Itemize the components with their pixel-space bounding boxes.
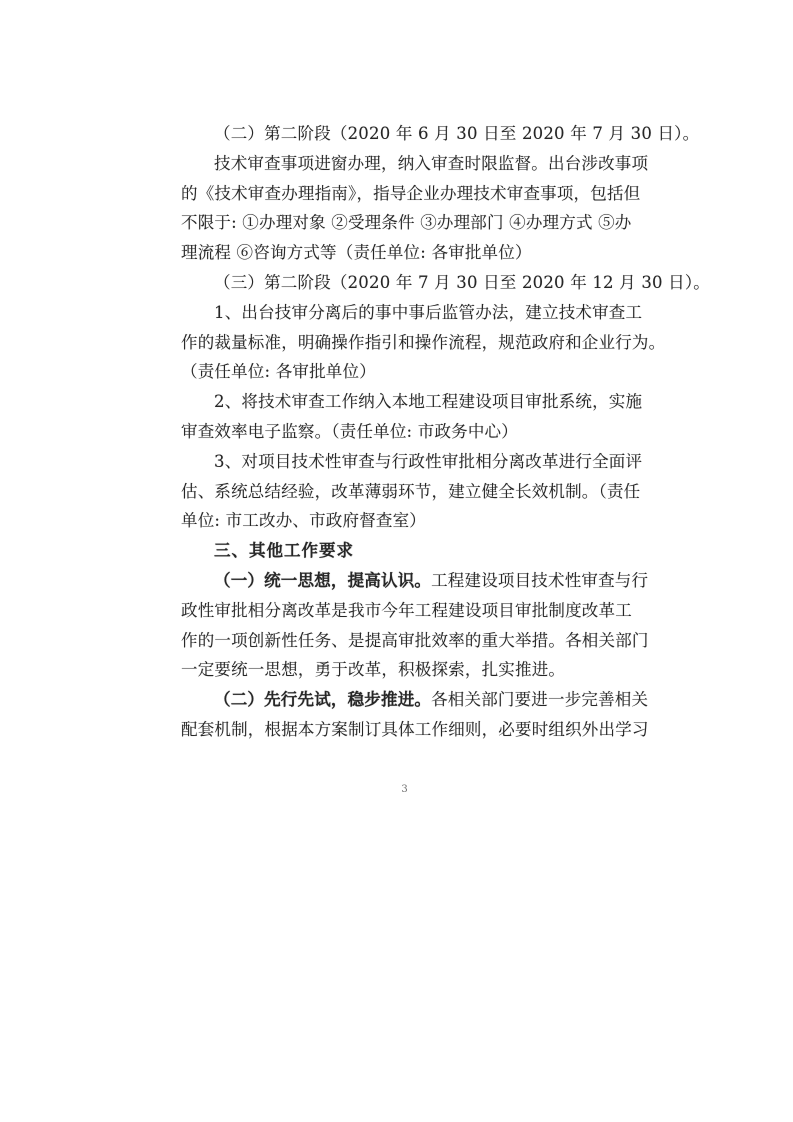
text-line: 1、出台技审分离后的事中事后监管办法，建立技术审查工 [181, 298, 631, 328]
text-segment: 作的裁量标准，明确操作指引和操作流程，规范政府和企业行为。 [181, 333, 665, 352]
page-number: 3 [181, 784, 628, 795]
text-segment: 各相关部门要进一步完善相关 [431, 690, 648, 709]
text-segment: 审查效率电子监察。（责任单位: 市政务中心） [181, 422, 518, 441]
document-page: （二）第二阶段（2020 年 6 月 30 日至 2020 年 7 月 30 日… [0, 0, 793, 1122]
text-line: （二）第二阶段（2020 年 6 月 30 日至 2020 年 7 月 30 日… [181, 119, 631, 149]
text-line: 3、对项目技术性审查与行政性审批相分离改革进行全面评 [181, 447, 631, 477]
text-segment: 政性审批相分离改革是我市今年工程建设项目审批制度改革工 [181, 601, 632, 620]
text-line: 2、将技术审查工作纳入本地工程建设项目审批系统，实施 [181, 387, 631, 417]
text-line: 作的一项创新性任务、是提高审批效率的重大举措。各相关部门 [181, 626, 631, 656]
text-segment: 不限于: ①办理对象 ②受理条件 ③办理部门 ④办理方式 ⑤办 [181, 213, 631, 232]
text-segment: （一）统一思想，提高认识。 [214, 571, 431, 590]
text-segment: 一定要统一思想，勇于改革，积极探索，扎实推进。 [181, 660, 565, 679]
text-line: （二）先行先试，稳步推进。各相关部门要进一步完善相关 [181, 685, 631, 715]
text-segment: 的《技术审查办理指南》，指导企业办理技术审查事项，包括但 [181, 184, 640, 203]
text-segment: 工程建设项目技术性审查与行 [431, 571, 648, 590]
text-line: 估、系统总结经验，改革薄弱环节，建立健全长效机制。（责任 [181, 477, 631, 507]
text-line: 不限于: ①办理对象 ②受理条件 ③办理部门 ④办理方式 ⑤办 [181, 208, 631, 238]
text-line: （责任单位: 各审批单位） [181, 357, 631, 387]
text-segment: 2、将技术审查工作纳入本地工程建设项目审批系统，实施 [214, 392, 642, 411]
text-segment: 估、系统总结经验，改革薄弱环节，建立健全长效机制。（责任 [181, 482, 640, 501]
text-line: 审查效率电子监察。（责任单位: 市政务中心） [181, 417, 631, 447]
text-line: （三）第二阶段（2020 年 7 月 30 日至 2020 年 12 月 30 … [181, 268, 631, 298]
text-line: 的《技术审查办理指南》，指导企业办理技术审查事项，包括但 [181, 179, 631, 209]
text-line: 配套机制，根据本方案制订具体工作细则，必要时组织外出学习 [181, 715, 631, 745]
text-segment: （二）第二阶段（2020 年 6 月 30 日至 2020 年 7 月 30 日… [214, 124, 699, 143]
text-line: 一定要统一思想，勇于改革，积极探索，扎实推进。 [181, 655, 631, 685]
text-segment: 1、出台技审分离后的事中事后监管办法，建立技术审查工 [214, 303, 642, 322]
text-segment: 配套机制，根据本方案制订具体工作细则，必要时组织外出学习 [181, 720, 649, 739]
text-line: 理流程 ⑥咨询方式等（责任单位: 各审批单位） [181, 238, 631, 268]
text-line: 单位: 市工改办、市政府督查室） [181, 506, 631, 536]
text-segment: （三）第二阶段（2020 年 7 月 30 日至 2020 年 12 月 30 … [214, 273, 710, 292]
text-segment: 技术审查事项进窗办理，纳入审查时限监督。出台涉改事项 [214, 154, 648, 173]
text-segment: 3、对项目技术性审查与行政性审批相分离改革进行全面评 [214, 452, 642, 471]
text-segment: 理流程 ⑥咨询方式等（责任单位: 各审批单位） [181, 243, 532, 262]
text-segment: 单位: 市工改办、市政府督查室） [181, 511, 426, 530]
text-line: （一）统一思想，提高认识。工程建设项目技术性审查与行 [181, 566, 631, 596]
text-line: 作的裁量标准，明确操作指引和操作流程，规范政府和企业行为。 [181, 328, 631, 358]
text-segment: （责任单位: 各审批单位） [181, 362, 376, 381]
section-heading: 三、其他工作要求 [181, 536, 631, 566]
text-segment: （二）先行先试，稳步推进。 [214, 690, 431, 709]
text-segment: 作的一项创新性任务、是提高审批效率的重大举措。各相关部门 [181, 631, 649, 650]
document-body: （二）第二阶段（2020 年 6 月 30 日至 2020 年 7 月 30 日… [181, 119, 631, 745]
text-segment: 三、其他工作要求 [214, 541, 354, 560]
text-line: 技术审查事项进窗办理，纳入审查时限监督。出台涉改事项 [181, 149, 631, 179]
text-line: 政性审批相分离改革是我市今年工程建设项目审批制度改革工 [181, 596, 631, 626]
